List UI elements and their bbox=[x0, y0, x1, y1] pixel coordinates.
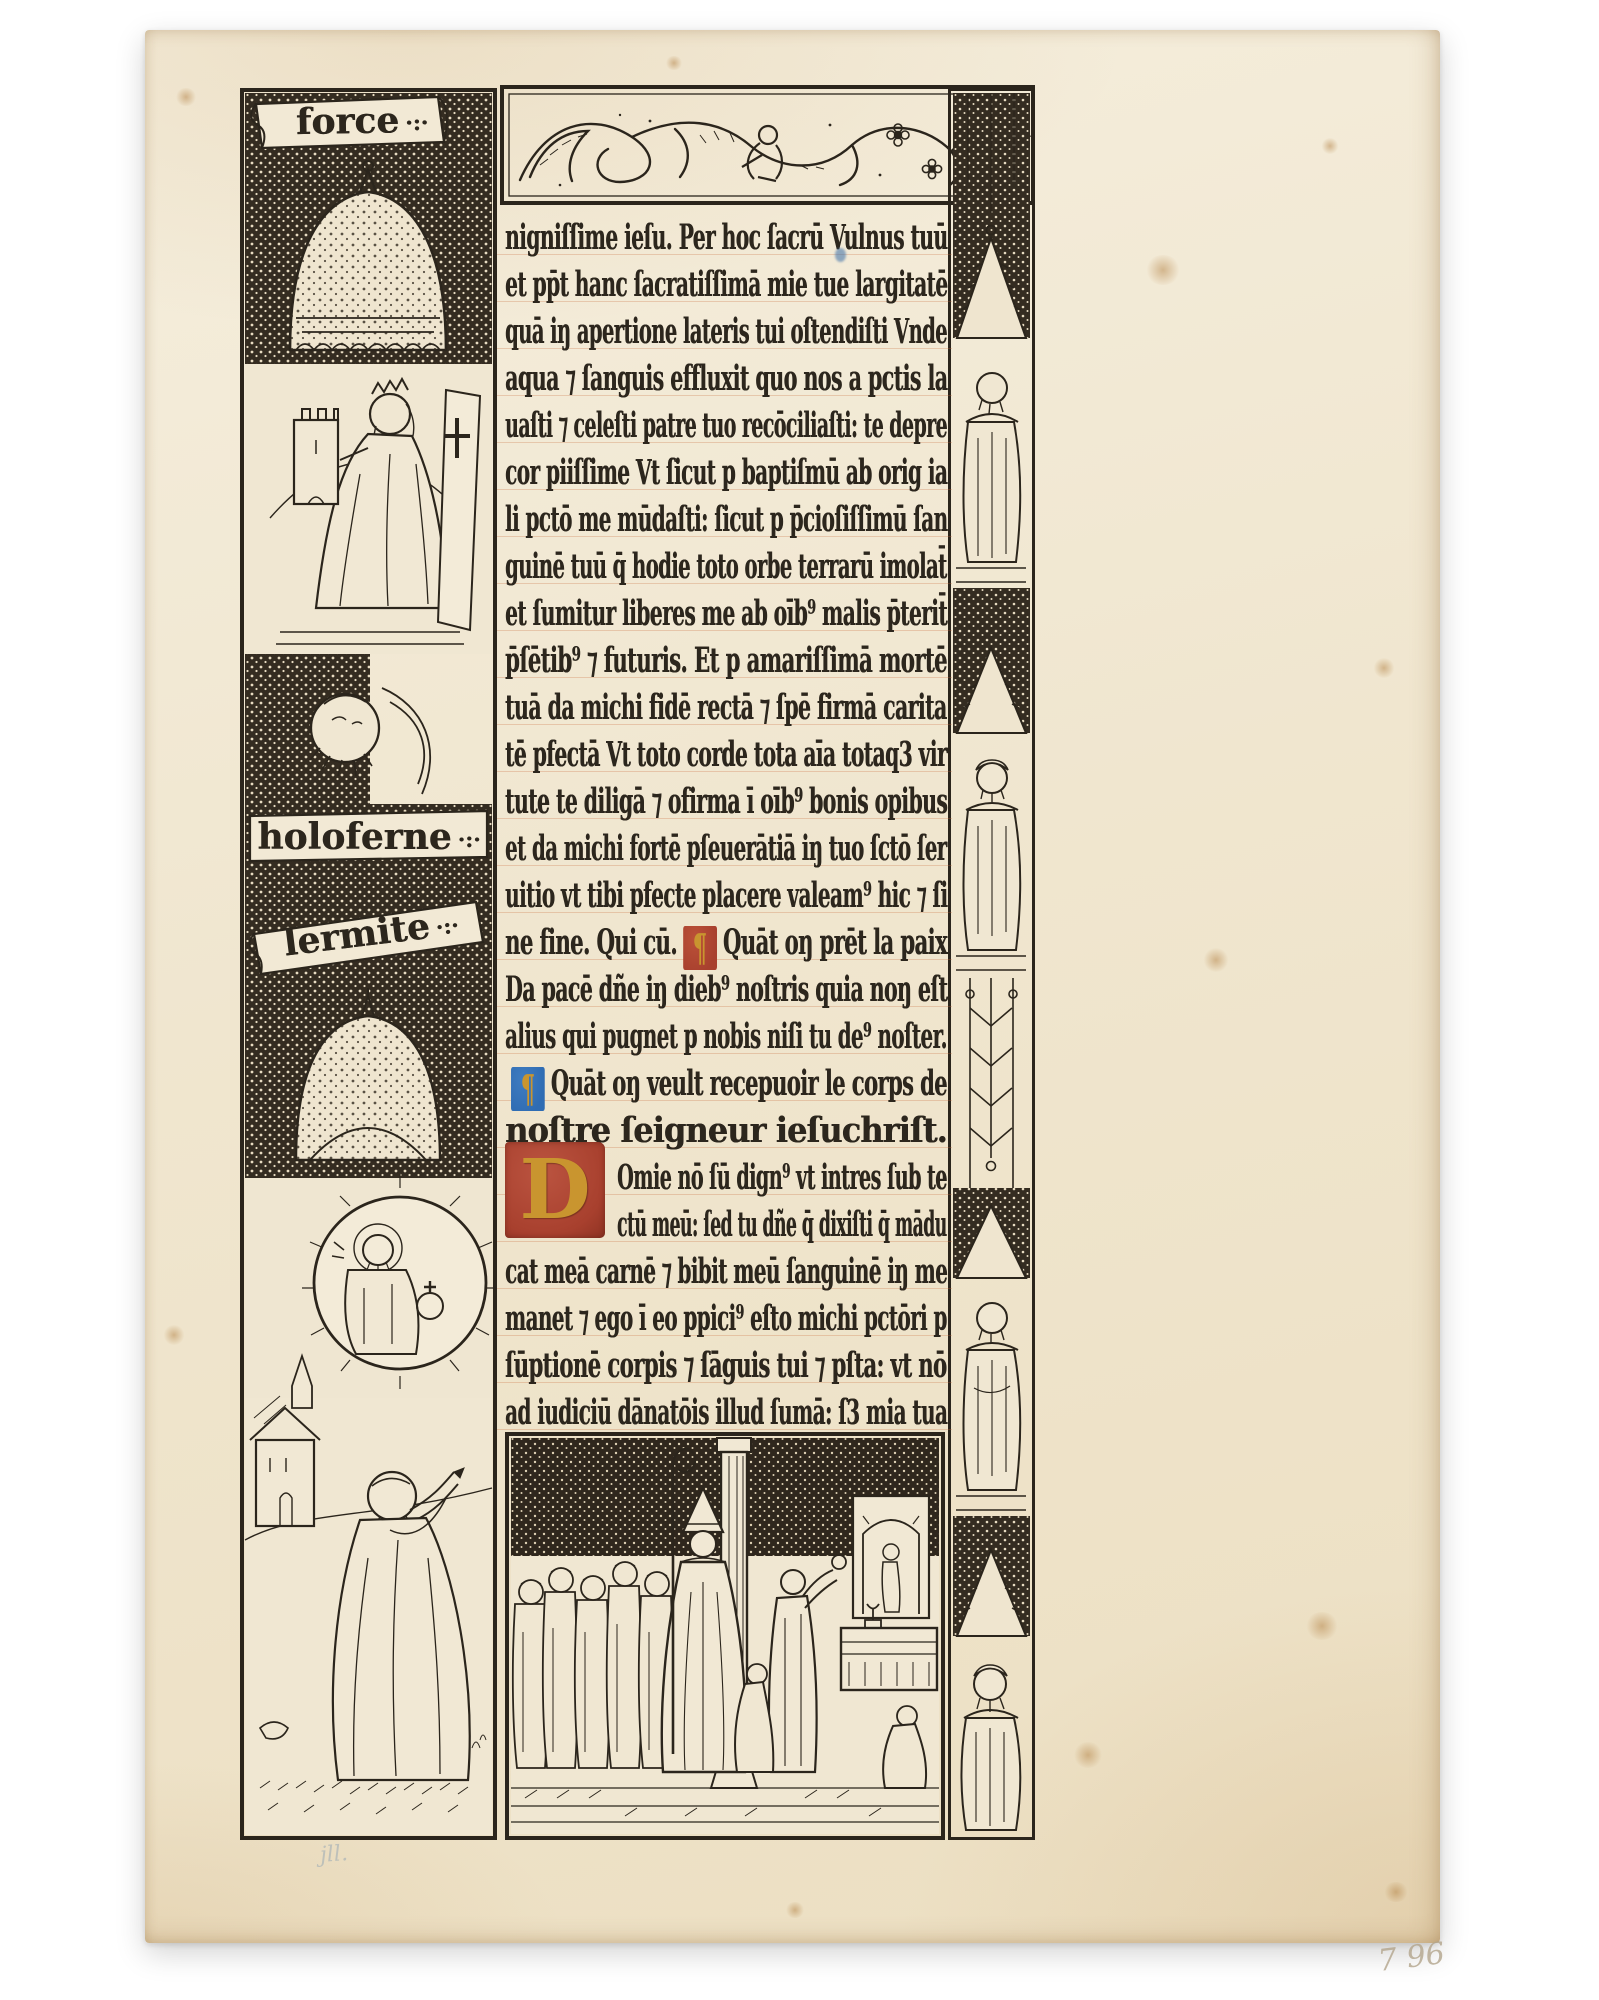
mass-scene-miniature bbox=[505, 1432, 945, 1840]
line-text: et pp̄t hanc ſacratiſſimā mie tue largit… bbox=[505, 264, 948, 305]
text-line: tute te diligā ⁊ ofirma ī oīb⁹ bonis opi… bbox=[505, 779, 763, 825]
niche-canopy bbox=[953, 588, 1030, 733]
line-text: nigniſſime ieſu. Per hoc ſacrū Vulnus tu… bbox=[505, 217, 947, 258]
vellum-leaf: nigniſſime ieſu. Per hoc ſacrū Vulnus tu… bbox=[145, 30, 1440, 1943]
line-text: ctū meū: ſed tu dñe q̄ dixiſti q̄ mādu bbox=[617, 1204, 947, 1245]
clerics-group bbox=[513, 1562, 673, 1768]
niche-canopy bbox=[953, 93, 1030, 338]
text-line: ¶Quāt oŋ veult recepuoir le corps de bbox=[505, 1061, 771, 1107]
line-text: uaſti ⁊ celeſti patre tuo recōciliaſti: … bbox=[505, 405, 947, 446]
text-line: tuā da michi fidē rectā ⁊ ſpē firmā cari… bbox=[505, 685, 764, 731]
text-line: p̄ſētib⁹ ⁊ futuris. Et p amariſſimā mort… bbox=[505, 638, 773, 684]
blue-ink-margin-note: jll. bbox=[319, 1841, 349, 1868]
text-line: guinē tuū q̄ hodie toto orbe terrarū imo… bbox=[505, 544, 752, 590]
text-line: li pctō me mūdaſti: ſicut p p̄cioſiſſimū… bbox=[505, 497, 757, 543]
prophet-figure bbox=[956, 373, 1026, 582]
niche-canopy bbox=[953, 1516, 1030, 1636]
banner-ornament: ·:· bbox=[452, 828, 481, 853]
line-text: tuā da michi fidē rectā ⁊ ſpē firmā cari… bbox=[505, 687, 947, 728]
line-text: p̄ſētib⁹ ⁊ futuris. Et p amariſſimā mort… bbox=[505, 640, 947, 681]
text-line: cor piiſſime Vt ſicut p baptiſmū ab orig… bbox=[505, 450, 758, 496]
text-line: ne fine. Qui cū.¶Quāt oŋ prēt la paix bbox=[505, 920, 772, 966]
text-line: ctū meū: ſed tu dñe q̄ dixiſti q̄ mādu bbox=[617, 1202, 779, 1248]
pencil-annotation: 7 96 bbox=[1376, 1936, 1447, 1979]
text-line: aqua ⁊ ſanguis effluxit quo nos a pctis … bbox=[505, 356, 765, 402]
line-text: aqua ⁊ ſanguis effluxit quo nos a pctis … bbox=[505, 358, 947, 399]
line-text: tē pfectā Vt toto corde tota aīa totaq3 … bbox=[505, 734, 947, 775]
line-text: et da michi fortē pſeuerātiā iŋ tuo ſctō… bbox=[505, 828, 947, 869]
text-line: nigniſſime ieſu. Per hoc ſacrū Vulnus tu… bbox=[505, 215, 760, 261]
niche-canopy bbox=[953, 1188, 1030, 1278]
text-line: Omie nō ſū dign⁹ vt intres ſub te bbox=[617, 1155, 798, 1201]
fox-spot bbox=[1305, 1612, 1339, 1640]
line-text: Da pacē dñe iŋ dieb⁹ noſtris quia noŋ eſ… bbox=[505, 969, 947, 1010]
line-text: cor piiſſime Vt ſicut p baptiſmū ab orig… bbox=[505, 452, 947, 493]
fox-spot bbox=[1203, 948, 1229, 972]
fox-spot bbox=[1145, 255, 1181, 285]
line-text: ſūptionē corpis ⁊ ſāguis tui ⁊ pſta: vt … bbox=[505, 1345, 946, 1386]
fox-spot bbox=[175, 88, 197, 106]
fox-spot bbox=[1383, 1882, 1409, 1902]
line-text: tute te diligā ⁊ ofirma ī oīb⁹ bonis opi… bbox=[505, 781, 947, 822]
text-line: quā iŋ apertione lateris tui oſtendiſti … bbox=[505, 309, 751, 355]
banner-holoferne: holoferne·:· bbox=[249, 816, 489, 858]
right-border-woodcut bbox=[948, 88, 1035, 1840]
photograph-of-leaf: nigniſſime ieſu. Per hoc ſacrū Vulnus tu… bbox=[0, 0, 1599, 2000]
line-text: quā iŋ apertione lateris tui oſtendiſti … bbox=[505, 311, 947, 352]
red-paraph-mark: ¶ bbox=[683, 926, 717, 970]
banner-ornament: ·:· bbox=[428, 913, 460, 941]
blue-ink-smudge bbox=[835, 248, 846, 262]
text-line: et ſumitur liberes me ab oīb⁹ malis p̄te… bbox=[505, 591, 760, 637]
line-text: alius qui pugnet p nobis niſi tu de⁹ noſ… bbox=[505, 1016, 947, 1057]
altar bbox=[841, 1496, 937, 1690]
fox-spot bbox=[1321, 138, 1339, 154]
line-text: cat meā carnē ⁊ bibit meū ſanguinē iŋ me bbox=[505, 1251, 947, 1292]
prophet-figure bbox=[956, 1303, 1026, 1510]
prophet-figure bbox=[962, 1665, 1021, 1830]
line-text: guinē tuū q̄ hodie toto orbe terrarū imo… bbox=[505, 546, 947, 587]
text-line: Da pacē dñe iŋ dieb⁹ noſtris quia noŋ eſ… bbox=[505, 967, 764, 1013]
fox-spot bbox=[163, 1325, 185, 1345]
blue-paraph-mark: ¶ bbox=[511, 1067, 545, 1111]
line-text: ne fine. Qui cū. bbox=[505, 922, 677, 963]
line-text: Quāt oŋ veult recepuoir le corps de bbox=[551, 1063, 947, 1104]
fox-spot bbox=[1373, 658, 1395, 678]
illuminated-initial-d: D bbox=[505, 1142, 605, 1238]
fox-spot bbox=[785, 1902, 805, 1918]
fox-spot bbox=[665, 56, 683, 70]
line-text: Quāt oŋ prēt la paix bbox=[723, 922, 947, 963]
text-line: manet ⁊ ego ī eo ppici⁹ eſto michi pctōr… bbox=[505, 1296, 756, 1342]
text-line: ſūptionē corpis ⁊ ſāguis tui ⁊ pſta: vt … bbox=[505, 1343, 773, 1389]
pinnacle-ornament bbox=[966, 978, 1017, 1188]
fox-spot bbox=[1073, 1742, 1103, 1768]
banner-ornament: ·:· bbox=[399, 111, 428, 137]
text-line: ad iudiciū dānatōis illud ſumā: ſ3 mia t… bbox=[505, 1390, 757, 1436]
line-text: li pctō me mūdaſti: ſicut p p̄cioſiſſimū… bbox=[505, 499, 947, 540]
text-line: tē pfectā Vt toto corde tota aīa totaq3 … bbox=[505, 732, 761, 778]
line-text: uitio vt tibi pfecte placere valeam⁹ hic… bbox=[505, 875, 947, 916]
line-text: ad iudiciū dānatōis illud ſumā: ſ3 mia t… bbox=[505, 1392, 947, 1433]
line-text: manet ⁊ ego ī eo ppici⁹ eſto michi pctōr… bbox=[505, 1298, 947, 1339]
text-line: cat meā carnē ⁊ bibit meū ſanguinē iŋ me bbox=[505, 1249, 757, 1295]
text-line: et pp̄t hanc ſacratiſſimā mie tue largit… bbox=[505, 262, 760, 308]
line-text: et ſumitur liberes me ab oīb⁹ malis p̄te… bbox=[505, 593, 947, 634]
text-line: uitio vt tibi pfecte placere valeam⁹ hic… bbox=[505, 873, 758, 919]
text-line: et da michi fortē pſeuerātiā iŋ tuo ſctō… bbox=[505, 826, 754, 872]
text-line: alius qui pugnet p nobis niſi tu de⁹ noſ… bbox=[505, 1014, 755, 1060]
text-line: uaſti ⁊ celeſti patre tuo recōciliaſti: … bbox=[505, 403, 744, 449]
prophet-figure bbox=[956, 760, 1026, 970]
line-text: Omie nō ſū dign⁹ vt intres ſub te bbox=[617, 1157, 947, 1198]
banner-force: force·:· bbox=[267, 98, 458, 143]
